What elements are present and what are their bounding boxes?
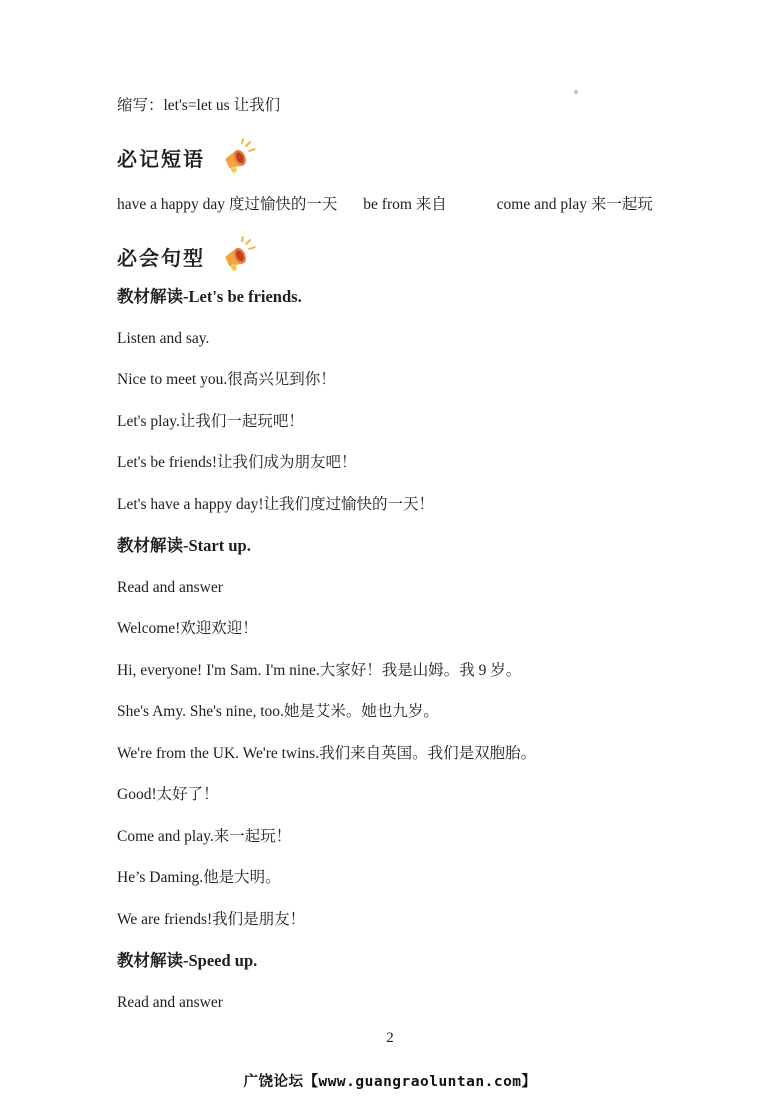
sentence-line: Let's play.让我们一起玩吧！ [117, 412, 677, 431]
document-page: 缩写：let's=let us 让我们 必记短语 have a [0, 0, 780, 1103]
phrase-line: have a happy day 度过愉快的一天 be from 来自 come… [117, 195, 677, 214]
sentence-line: Good!太好了！ [117, 785, 677, 804]
sentence-line: Read and answer [117, 578, 677, 597]
scan-speck [574, 90, 578, 94]
section-heading-sentences-label: 必会句型 [117, 242, 205, 271]
page-number: 2 [0, 1030, 780, 1047]
sentence-line: Let's be friends!让我们成为朋友吧！ [117, 453, 677, 472]
block-title: 教材解读-Speed up. [117, 951, 677, 970]
sentence-line: He’s Daming.他是大明。 [117, 868, 677, 887]
document-content: 缩写：let's=let us 让我们 必记短语 have a [117, 96, 677, 1034]
section-heading-sentences: 必会句型 [117, 236, 677, 276]
phrase-item: be from 来自 [363, 196, 447, 213]
sentence-line: Let's have a happy day!让我们度过愉快的一天！ [117, 495, 677, 514]
sentence-line: Welcome!欢迎欢迎！ [117, 619, 677, 638]
sentence-line: She's Amy. She's nine, too.她是艾米。她也九岁。 [117, 702, 677, 721]
block-title: 教材解读-Start up. [117, 536, 677, 555]
sentence-line: Hi, everyone! I'm Sam. I'm nine.大家好！我是山姆… [117, 661, 677, 680]
megaphone-icon [219, 235, 257, 277]
abbreviation-line: 缩写：let's=let us 让我们 [117, 96, 677, 115]
sentence-line: Come and play.来一起玩！ [117, 827, 677, 846]
megaphone-icon [219, 137, 257, 179]
phrase-item: come and play 来一起玩 [497, 196, 653, 213]
block-title: 教材解读-Let's be friends. [117, 287, 677, 306]
section-heading-phrases: 必记短语 [117, 138, 677, 178]
phrase-item: have a happy day 度过愉快的一天 [117, 196, 337, 213]
sentence-line: Listen and say. [117, 329, 677, 348]
footer-site-line: 广饶论坛【www.guangraoluntan.com】 [0, 1070, 780, 1091]
sentence-line: We are friends!我们是朋友！ [117, 910, 677, 929]
sentence-line: Nice to meet you.很高兴见到你！ [117, 370, 677, 389]
section-heading-phrases-label: 必记短语 [117, 143, 205, 172]
sentence-line: We're from the UK. We're twins.我们来自英国。我们… [117, 744, 677, 763]
sentence-line: Read and answer [117, 993, 677, 1012]
